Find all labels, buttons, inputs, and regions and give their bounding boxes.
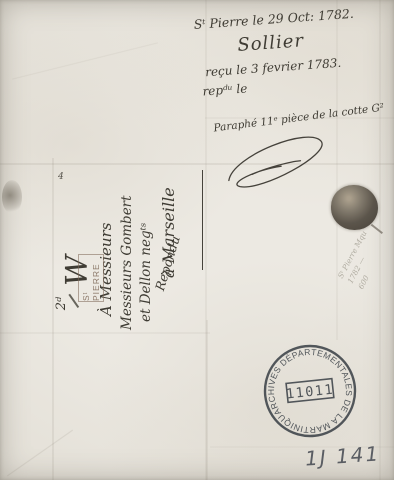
header-note: Sᵗ Pierre le 29 Oct: 1782. Sollier reçu … (193, 1, 394, 102)
fold-crease (7, 429, 74, 477)
postal-town-stamp: Sᵗ PIERRE (78, 254, 104, 302)
pencil-note: Sᵗ Pierre Mqu 1782 — 600 (335, 219, 394, 291)
address-block: W À Messieurs Messieurs Gombert et Dello… (60, 160, 210, 330)
address-line-name2: et Dellon negᵗˢ (138, 152, 154, 322)
fold-crease (206, 320, 208, 480)
archive-stamp-number: 11011 (285, 382, 335, 403)
address-line-name: Messieurs Gombert (119, 160, 135, 330)
paper-stain (2, 180, 22, 214)
fold-crease (12, 42, 158, 80)
fold-crease (0, 332, 210, 334)
rate-mark: 2ᵈ (54, 297, 69, 310)
archive-stamp: ARCHIVES DÉPARTEMENTALES DE LA MARTINIQU… (257, 338, 363, 444)
scanned-letter-page: Sᵗ Pierre le 29 Oct: 1782. Sollier reçu … (0, 0, 394, 480)
address-flourish (202, 170, 203, 270)
fold-crease (52, 158, 54, 480)
shelfmark: 1J 141 (304, 441, 381, 470)
